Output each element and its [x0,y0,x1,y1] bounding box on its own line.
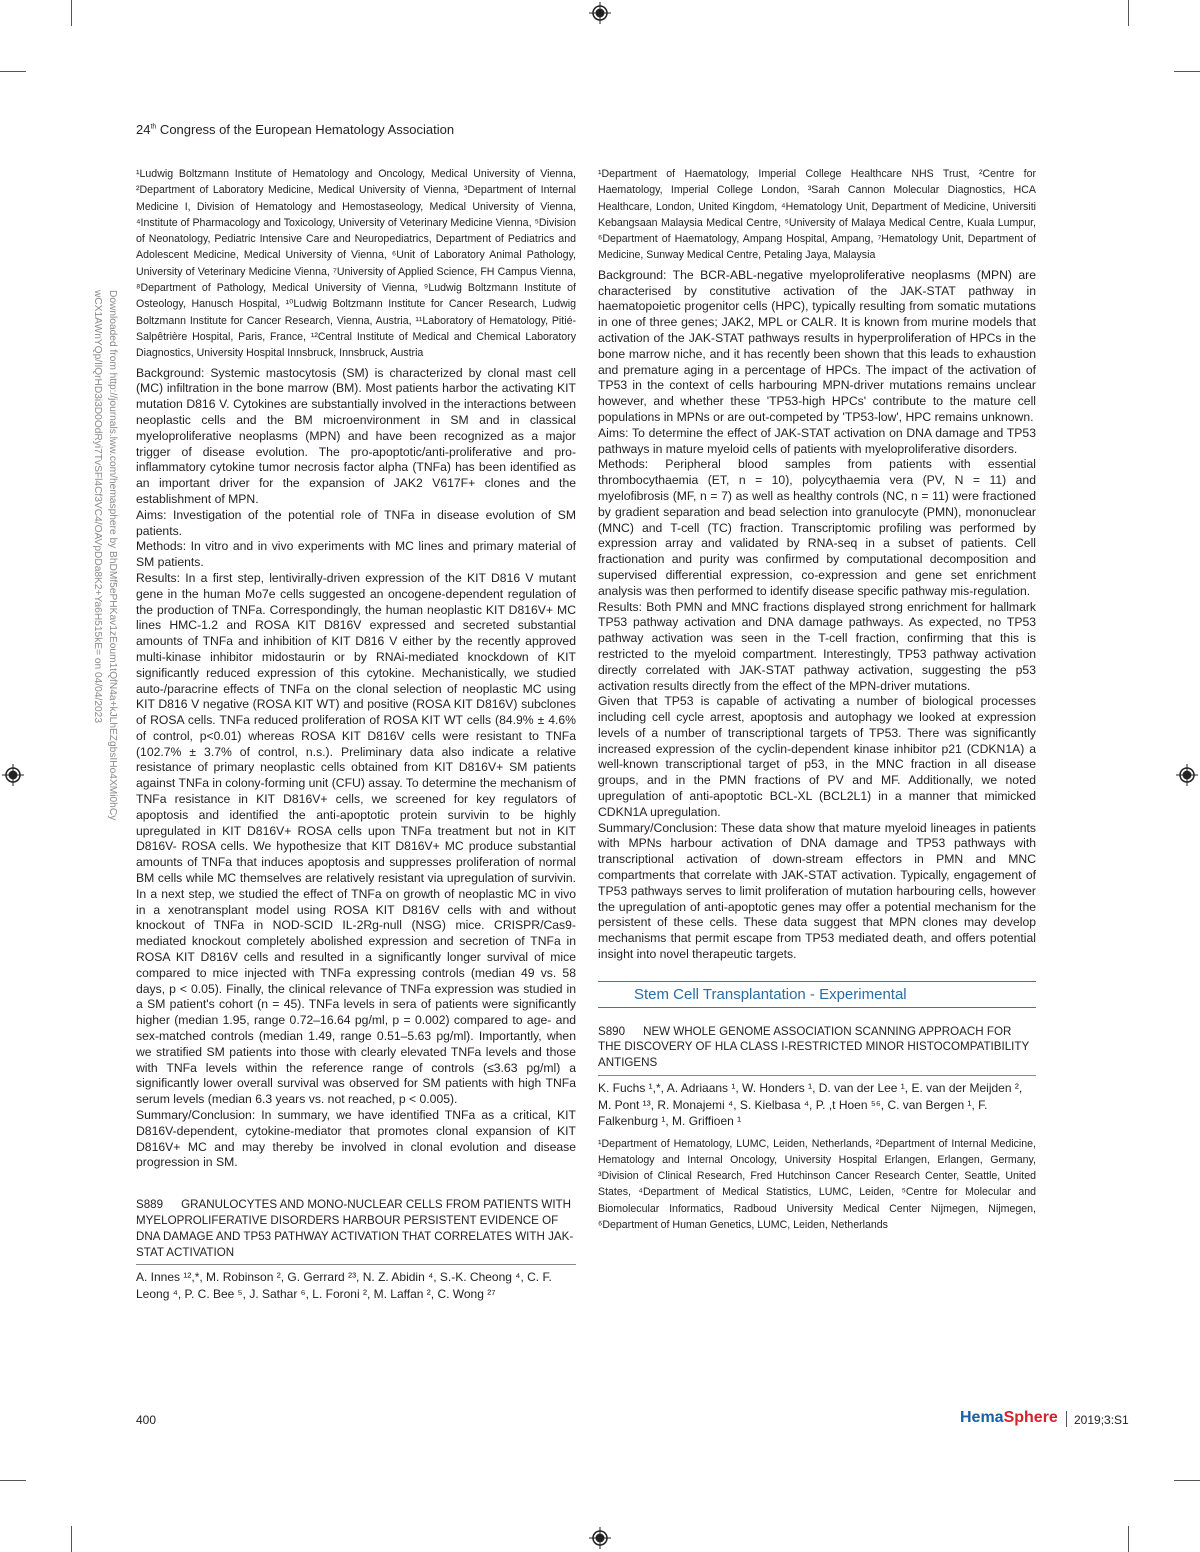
abstract-title: S890NEW WHOLE GENOME ASSOCIATION SCANNIN… [598,1024,1036,1076]
running-head: 24th Congress of the European Hematology… [136,122,454,137]
affiliations: ¹Department of Hematology, LUMC, Leiden,… [598,1136,1036,1234]
left-column: ¹Ludwig Boltzmann Institute of Hematolog… [136,166,576,1302]
registration-mark-icon [2,764,24,786]
abstract-body: Background: Systemic mastocytosis (SM) i… [136,366,576,1172]
abstract-title: S889GRANULOCYTES AND MONO-NUCLEAR CELLS … [136,1197,576,1265]
right-column: ¹Department of Haematology, Imperial Col… [598,166,1036,1237]
registration-mark-icon [589,2,611,24]
watermark-line: Downloaded from http://journals.lww.com/… [105,290,120,910]
crop-mark [1128,0,1129,26]
abstract-background: Background: The BCR-ABL-negative myelopr… [598,268,1036,426]
crop-mark [0,71,26,72]
abstract-aims: Aims: To determine the effect of JAK-STA… [598,426,1036,458]
registration-mark-icon [589,1527,611,1549]
citation: 2019;3:S1 [1074,1413,1129,1427]
crop-mark [71,0,72,26]
abstract-number: S889 [136,1198,163,1211]
crop-mark [71,1526,72,1552]
abstract-results: Results: Both PMN and MNC fractions disp… [598,600,1036,695]
abstract-number: S890 [598,1025,625,1038]
page-number: 400 [136,1413,156,1427]
section-heading: Stem Cell Transplantation - Experimental [598,981,1036,1008]
affiliations: ¹Ludwig Boltzmann Institute of Hematolog… [136,166,576,362]
author-list: A. Innes ¹²,*, M. Robinson ², G. Gerrard… [136,1269,576,1302]
abstract-aims: Aims: Investigation of the potential rol… [136,508,576,540]
crop-mark [1174,71,1200,72]
crop-mark [1128,1526,1129,1552]
author-list: K. Fuchs ¹,*, A. Adriaans ¹, W. Honders … [598,1080,1036,1130]
footer-divider [1066,1411,1067,1427]
registration-mark-icon [1176,764,1198,786]
watermark-line: wCX1AWnYQp/IlQrHD3i3D0OdRyi7TvSFl4Cf3VC4… [90,290,105,910]
crop-mark [0,1480,26,1481]
abstract-background: Background: Systemic mastocytosis (SM) i… [136,366,576,508]
abstract-results-continued: Given that TP53 is capable of activating… [598,694,1036,820]
affiliations: ¹Department of Haematology, Imperial Col… [598,166,1036,264]
abstract-results: Results: In a first step, lentivirally-d… [136,571,576,1108]
abstract-body: Background: The BCR-ABL-negative myelopr… [598,268,1036,963]
abstract-summary: Summary/Conclusion: These data show that… [598,821,1036,963]
abstract-summary: Summary/Conclusion: In summary, we have … [136,1108,576,1171]
abstract-methods: Methods: Peripheral blood samples from p… [598,457,1036,599]
journal-logo: HemaSphere [960,1409,1058,1427]
abstract-methods: Methods: In vitro and in vivo experiment… [136,539,576,571]
download-watermark: Downloaded from http://journals.lww.com/… [60,290,120,910]
crop-mark [1174,1480,1200,1481]
